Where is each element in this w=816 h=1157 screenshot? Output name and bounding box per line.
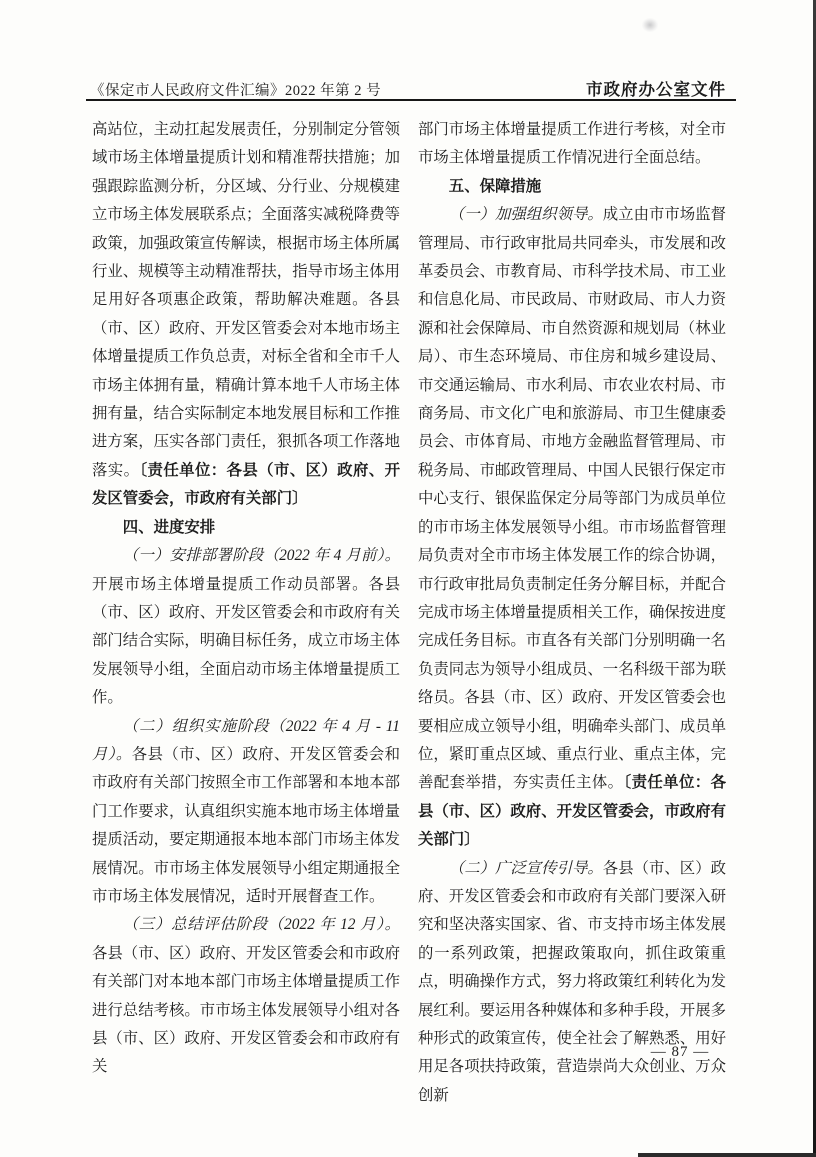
text-run-kai: （二）广泛宣传引导。	[449, 860, 603, 877]
paragraph-stage-1: （一）安排部署阶段（2022 年 4 月前）。开展市场主体增量提质工作动员部署。…	[92, 542, 400, 712]
header-publication-title: 《保定市人民政府文件汇编》2022 年第 2 号	[90, 79, 381, 100]
right-column: 部门市场主体增量提质工作进行考核，对全市市场主体增量提质工作情况进行全面总结。五…	[418, 116, 726, 1110]
section-heading-5: 五、保障措施	[418, 173, 726, 201]
header-rule	[86, 99, 736, 101]
paragraph-continuation: 高站位，主动扛起发展责任，分别制定分管领域市场主体增量提质计划和精准帮扶措施；加…	[92, 116, 400, 514]
text-run-normal: 高站位，主动扛起发展责任，分别制定分管领域市场主体增量提质计划和精准帮扶措施；加…	[92, 121, 400, 479]
text-run-kai: （一）安排部署阶段（2022 年 4 月前）。	[123, 547, 400, 564]
text-run-kai: （一）加强组织领导。	[449, 206, 603, 223]
paragraph-measure-1: （一）加强组织领导。成立由市市场监督管理局、市行政审批局共同牵头，市发展和改革委…	[418, 201, 726, 854]
paragraph-stage-2: （二）组织实施阶段（2022 年 4 月 - 11 月）。各县（市、区）政府、开…	[92, 713, 400, 912]
scan-smudge-artifact	[642, 18, 658, 32]
text-run-hei: 五、保障措施	[449, 178, 541, 195]
text-run-normal: 部门市场主体增量提质工作进行考核，对全市市场主体增量提质工作情况进行全面总结。	[418, 121, 726, 166]
document-page: 《保定市人民政府文件汇编》2022 年第 2 号 市政府办公室文件 高站位，主动…	[0, 0, 816, 1157]
text-run-hei: 〔责任单位：各县（市、区）政府、开发区管委会，市政府有关部门〕	[92, 462, 400, 507]
body-columns: 高站位，主动扛起发展责任，分别制定分管领域市场主体增量提质计划和精准帮扶措施；加…	[92, 116, 726, 1110]
paragraph-measure-2: （二）广泛宣传引导。各县（市、区）政府、开发区管委会和市政府有关部门要深入研究和…	[418, 855, 726, 1111]
text-run-kai: （三）总结评估阶段（2022 年 12 月）。	[123, 916, 400, 933]
text-run-normal: 成立由市市场监督管理局、市行政审批局共同牵头，市发展和改革委员会、市教育局、市科…	[418, 206, 726, 791]
section-heading-4: 四、进度安排	[92, 514, 400, 542]
page-header: 《保定市人民政府文件汇编》2022 年第 2 号 市政府办公室文件	[90, 76, 726, 100]
header-document-category: 市政府办公室文件	[586, 76, 726, 100]
text-run-hei: 四、进度安排	[123, 519, 215, 536]
text-run-normal: 开展市场主体增量提质工作动员部署。各县（市、区）政府、开发区管委会和市政府有关部…	[92, 576, 400, 707]
left-column: 高站位，主动扛起发展责任，分别制定分管领域市场主体增量提质计划和精准帮扶措施；加…	[92, 116, 400, 1110]
scan-edge-bottom-artifact	[638, 1153, 816, 1157]
text-run-normal: 各县（市、区）政府、开发区管委会和市政府有关部门按照全市工作部署和本地本部门工作…	[92, 746, 400, 905]
text-run-normal: 各县（市、区）政府、开发区管委会和市政府有关部门对本地本部门市场主体增量提质工作…	[92, 945, 400, 1076]
page-number: — 87 —	[640, 1044, 720, 1061]
paragraph-continuation: 部门市场主体增量提质工作进行考核，对全市市场主体增量提质工作情况进行全面总结。	[418, 116, 726, 173]
text-run-normal: 各县（市、区）政府、开发区管委会和市政府有关部门要深入研究和坚决落实国家、省、市…	[418, 860, 726, 1104]
paragraph-stage-3: （三）总结评估阶段（2022 年 12 月）。各县（市、区）政府、开发区管委会和…	[92, 911, 400, 1081]
